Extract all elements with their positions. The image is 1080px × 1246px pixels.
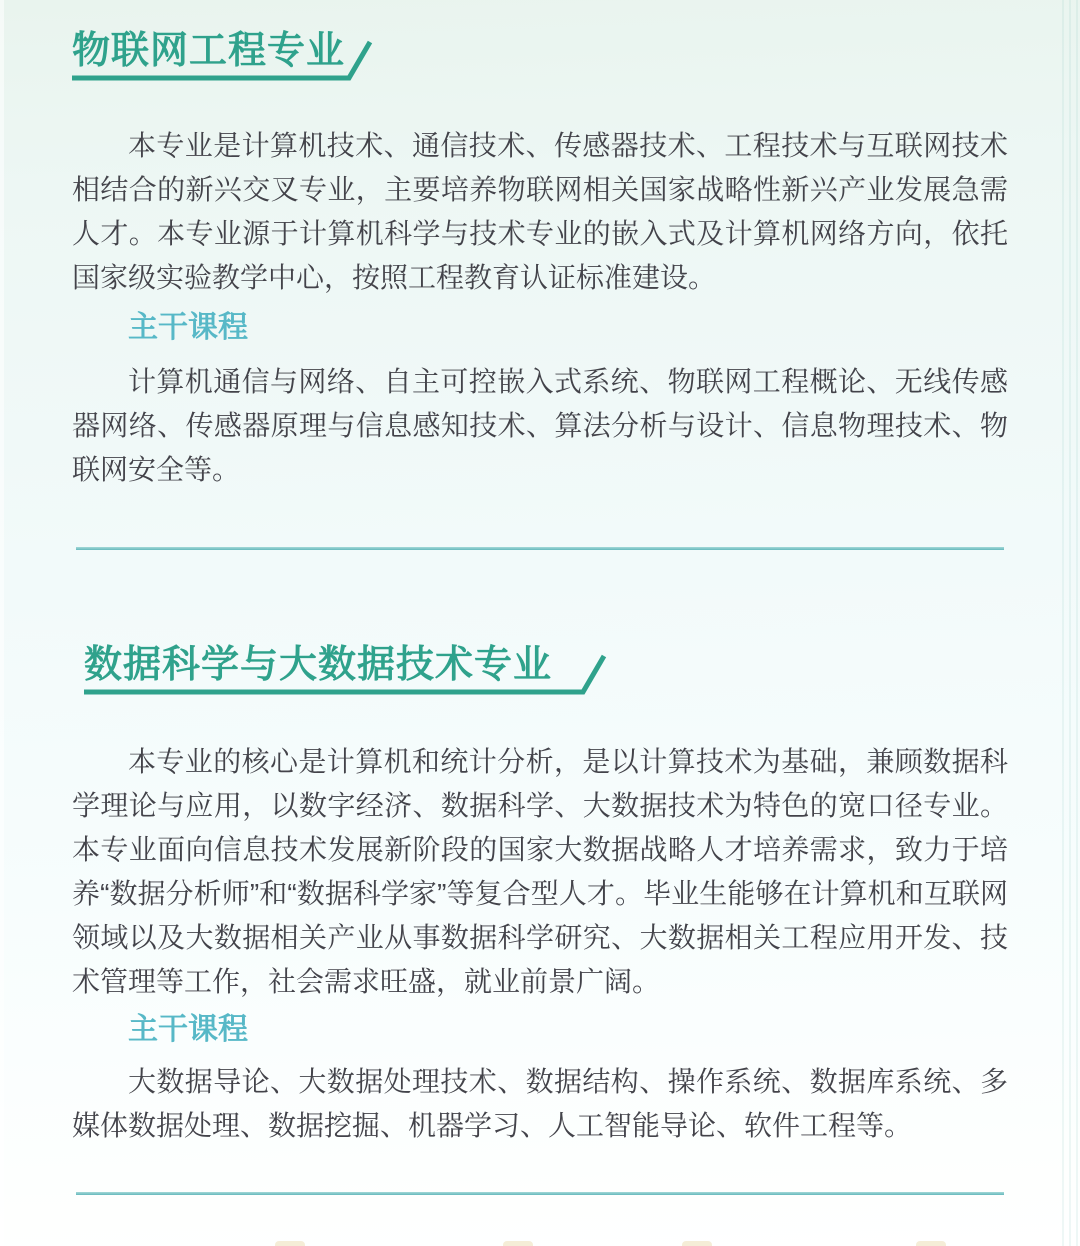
footer-decoration [0,1238,1080,1246]
section-heading-block: 物联网工程专业 [72,30,1080,82]
major-heading-iot: 物联网工程专业 [72,30,1080,72]
footer-decoration-fragment [503,1241,533,1246]
footer-decoration-fragment [916,1241,946,1246]
page-right-edge [1062,0,1080,1246]
major-heading-bigdata: 数据科学与大数据技术专业 [84,644,1080,686]
page-left-edge [0,0,4,1246]
courses-label-iot: 主干课程 [128,308,1008,348]
section-heading-block: 数据科学与大数据技术专业 [84,644,1080,696]
section-iot-engineering: 物联网工程专业 本专业是计算机技术、通信技术、传感器技术、工程技术与互联网技术相… [0,0,1080,492]
article-page: 物联网工程专业 本专业是计算机技术、通信技术、传感器技术、工程技术与互联网技术相… [0,0,1080,1246]
courses-paragraph-iot: 计算机通信与网络、自主可控嵌入式系统、物联网工程概论、无线传感器网络、传感器原理… [72,360,1008,492]
intro-paragraph-bigdata: 本专业的核心是计算机和统计分析，是以计算技术为基础，兼顾数据科学理论与应用，以数… [72,740,1008,1004]
section-divider [76,1192,1004,1195]
courses-label-bigdata: 主干课程 [128,1010,1008,1050]
courses-paragraph-bigdata: 大数据导论、大数据处理技术、数据结构、操作系统、数据库系统、多媒体数据处理、数据… [72,1060,1008,1148]
section-data-science: 数据科学与大数据技术专业 本专业的核心是计算机和统计分析，是以计算技术为基础，兼… [0,550,1080,1148]
footer-decoration-fragment [682,1241,712,1246]
intro-paragraph-iot: 本专业是计算机技术、通信技术、传感器技术、工程技术与互联网技术相结合的新兴交叉专… [72,124,1008,300]
footer-decoration-fragment [275,1241,305,1246]
